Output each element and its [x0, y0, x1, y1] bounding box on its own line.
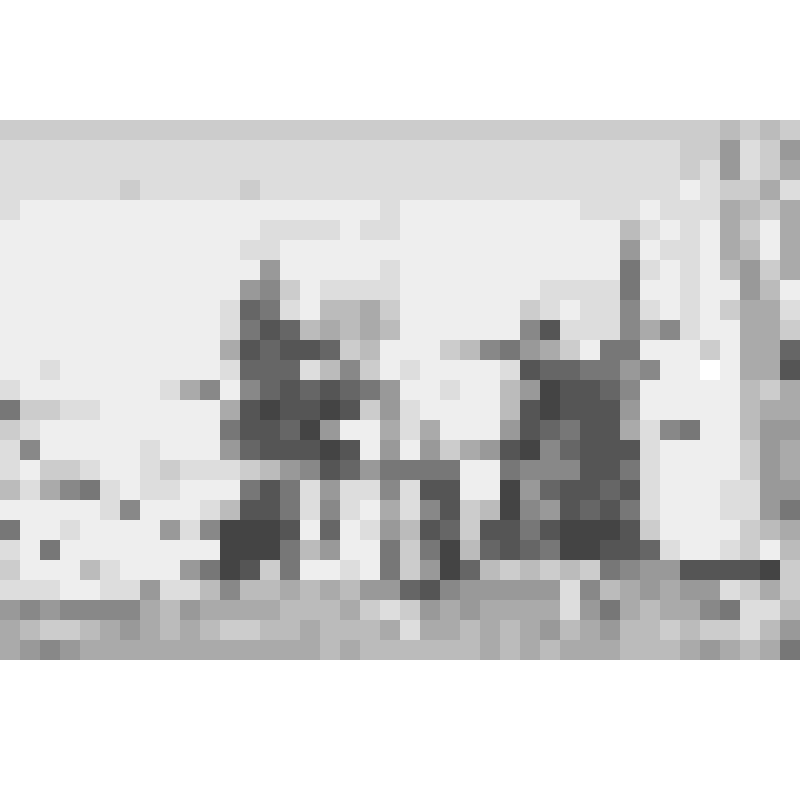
photo-pixel [540, 160, 560, 180]
photo-pixel [520, 480, 540, 500]
photo-pixel [420, 160, 440, 180]
photo-pixel [400, 440, 420, 460]
photo-pixel [700, 620, 720, 640]
photo-pixel [620, 520, 640, 540]
photo-pixel [500, 600, 520, 620]
photo-pixel [660, 420, 680, 440]
photo-pixel [420, 580, 440, 600]
photo-pixel [340, 540, 360, 560]
photo-pixel [20, 620, 40, 640]
photo-pixel [620, 320, 640, 340]
photo-pixel [580, 540, 600, 560]
photo-pixel [720, 300, 740, 320]
photo-pixel [780, 420, 800, 440]
photo-pixel [500, 500, 520, 520]
photo-pixel [500, 160, 520, 180]
photo-pixel [680, 380, 700, 400]
photo-pixel [80, 280, 100, 300]
photo-pixel [400, 380, 420, 400]
photo-pixel [300, 600, 320, 620]
photo-pixel [240, 400, 260, 420]
photo-pixel [340, 560, 360, 580]
photo-pixel [380, 340, 400, 360]
photo-pixel [400, 540, 420, 560]
photo-pixel [100, 320, 120, 340]
photo-pixel [340, 160, 360, 180]
photo-pixel [780, 560, 800, 580]
photo-pixel [60, 480, 80, 500]
photo-pixel [200, 460, 220, 480]
photo-pixel [460, 440, 480, 460]
photo-pixel [100, 200, 120, 220]
photo-pixel [160, 300, 180, 320]
photo-pixel [280, 580, 300, 600]
photo-pixel [680, 140, 700, 160]
photo-pixel [220, 560, 240, 580]
photo-pixel [200, 400, 220, 420]
photo-pixel [460, 520, 480, 540]
photo-pixel [340, 320, 360, 340]
photo-pixel [140, 560, 160, 580]
photo-pixel [220, 240, 240, 260]
photo-pixel [420, 420, 440, 440]
photo-pixel [760, 560, 780, 580]
photo-pixel [580, 480, 600, 500]
photo-pixel [20, 120, 40, 140]
photo-pixel [460, 120, 480, 140]
photo-pixel [540, 380, 560, 400]
photo-pixel [300, 380, 320, 400]
photo-pixel [20, 200, 40, 220]
photo-pixel [520, 540, 540, 560]
photo-pixel [180, 420, 200, 440]
photo-pixel [640, 140, 660, 160]
photo-pixel [120, 460, 140, 480]
photo-pixel [620, 140, 640, 160]
photo-pixel [460, 140, 480, 160]
photo-pixel [320, 200, 340, 220]
photo-pixel [220, 120, 240, 140]
photo-pixel [240, 180, 260, 200]
photo-pixel [300, 620, 320, 640]
photo-pixel [660, 200, 680, 220]
photo-pixel [520, 260, 540, 280]
photo-pixel [620, 540, 640, 560]
photo-pixel [200, 380, 220, 400]
photo-pixel [620, 200, 640, 220]
photo-pixel [180, 220, 200, 240]
photo-pixel [720, 620, 740, 640]
photo-pixel [360, 440, 380, 460]
photo-pixel [300, 160, 320, 180]
photo-pixel [660, 440, 680, 460]
photo-pixel [660, 220, 680, 240]
photo-pixel [500, 340, 520, 360]
photo-pixel [180, 500, 200, 520]
photo-pixel [300, 180, 320, 200]
photo-pixel [300, 500, 320, 520]
photo-pixel [300, 540, 320, 560]
photo-pixel [580, 360, 600, 380]
photo-pixel [680, 540, 700, 560]
photo-pixel [280, 240, 300, 260]
photo-pixel [100, 180, 120, 200]
photo-pixel [600, 500, 620, 520]
photo-pixel [460, 400, 480, 420]
photo-pixel [80, 480, 100, 500]
photo-pixel [200, 560, 220, 580]
photo-pixel [620, 440, 640, 460]
photo-pixel [580, 420, 600, 440]
photo-pixel [300, 240, 320, 260]
photo-pixel [760, 460, 780, 480]
photo-pixel [700, 360, 720, 380]
photo-pixel [140, 640, 160, 660]
photo-pixel [240, 280, 260, 300]
photo-pixel [520, 120, 540, 140]
photo-pixel [740, 220, 760, 240]
photo-pixel [440, 180, 460, 200]
photo-pixel [520, 420, 540, 440]
photo-pixel [80, 180, 100, 200]
photo-pixel [320, 500, 340, 520]
photo-pixel [320, 480, 340, 500]
photo-pixel [780, 360, 800, 380]
photo-pixel [200, 540, 220, 560]
photo-pixel [680, 260, 700, 280]
photo-pixel [180, 240, 200, 260]
photo-pixel [780, 220, 800, 240]
photo-pixel [500, 240, 520, 260]
photo-pixel [300, 400, 320, 420]
photo-pixel [560, 520, 580, 540]
photo-pixel [400, 600, 420, 620]
photo-pixel [700, 480, 720, 500]
photo-pixel [40, 460, 60, 480]
photo-pixel [560, 620, 580, 640]
photo-pixel [160, 480, 180, 500]
photo-pixel [380, 540, 400, 560]
photo-pixel [160, 140, 180, 160]
photo-pixel [460, 500, 480, 520]
photo-pixel [20, 340, 40, 360]
photo-pixel [540, 640, 560, 660]
photo-pixel [340, 580, 360, 600]
photo-pixel [160, 360, 180, 380]
photo-pixel [360, 540, 380, 560]
photo-pixel [220, 400, 240, 420]
photo-pixel [340, 200, 360, 220]
photo-pixel [760, 600, 780, 620]
photo-pixel [200, 240, 220, 260]
photo-pixel [660, 260, 680, 280]
photo-pixel [600, 440, 620, 460]
photo-pixel [120, 160, 140, 180]
photo-pixel [440, 240, 460, 260]
photo-pixel [140, 420, 160, 440]
photo-pixel [420, 540, 440, 560]
photo-pixel [60, 260, 80, 280]
photo-pixel [680, 640, 700, 660]
photo-pixel [760, 440, 780, 460]
photo-pixel [200, 600, 220, 620]
photo-pixel [700, 340, 720, 360]
photo-pixel [660, 540, 680, 560]
photo-pixel [560, 560, 580, 580]
photo-pixel [320, 280, 340, 300]
photo-pixel [420, 260, 440, 280]
photo-pixel [60, 600, 80, 620]
photo-pixel [600, 460, 620, 480]
photo-pixel [280, 620, 300, 640]
photo-pixel [240, 600, 260, 620]
photo-pixel [600, 120, 620, 140]
photo-pixel [660, 380, 680, 400]
photo-pixel [400, 200, 420, 220]
photo-pixel [560, 460, 580, 480]
photo-pixel [660, 500, 680, 520]
photo-pixel [360, 160, 380, 180]
photo-pixel [440, 640, 460, 660]
photo-pixel [740, 140, 760, 160]
photo-pixel [600, 200, 620, 220]
photo-pixel [60, 140, 80, 160]
photo-pixel [560, 200, 580, 220]
photo-pixel [220, 260, 240, 280]
photo-pixel [520, 580, 540, 600]
photo-pixel [120, 380, 140, 400]
photo-pixel [780, 140, 800, 160]
photo-pixel [700, 440, 720, 460]
photo-pixel [220, 620, 240, 640]
photo-pixel [340, 400, 360, 420]
photo-pixel [740, 560, 760, 580]
photo-pixel [380, 280, 400, 300]
photo-pixel [280, 120, 300, 140]
photo-pixel [280, 180, 300, 200]
photo-pixel [460, 160, 480, 180]
photo-pixel [380, 260, 400, 280]
photo-pixel [140, 620, 160, 640]
photo-pixel [760, 200, 780, 220]
photo-pixel [560, 400, 580, 420]
photo-pixel [440, 220, 460, 240]
photo-pixel [600, 280, 620, 300]
photo-pixel [580, 640, 600, 660]
photo-pixel [300, 440, 320, 460]
photo-pixel [200, 120, 220, 140]
photo-pixel [200, 620, 220, 640]
photo-pixel [500, 440, 520, 460]
photo-pixel [780, 280, 800, 300]
photo-pixel [20, 180, 40, 200]
photo-pixel [60, 500, 80, 520]
photo-pixel [140, 140, 160, 160]
photo-pixel [220, 360, 240, 380]
photo-pixel [20, 500, 40, 520]
photo-pixel [140, 480, 160, 500]
photo-pixel [40, 600, 60, 620]
photo-pixel [500, 140, 520, 160]
photo-pixel [680, 420, 700, 440]
photo-pixel [680, 400, 700, 420]
photo-pixel [740, 300, 760, 320]
photo-pixel [460, 180, 480, 200]
photo-pixel [440, 540, 460, 560]
photo-pixel [580, 200, 600, 220]
photo-pixel [400, 360, 420, 380]
photo-pixel [360, 220, 380, 240]
photo-pixel [40, 440, 60, 460]
photo-pixel [80, 140, 100, 160]
photo-pixel [300, 580, 320, 600]
photo-pixel [20, 240, 40, 260]
photo-pixel [260, 320, 280, 340]
photo-pixel [740, 620, 760, 640]
photo-pixel [700, 500, 720, 520]
photo-pixel [780, 300, 800, 320]
photo-pixel [460, 320, 480, 340]
photo-pixel [560, 340, 580, 360]
photo-pixel [420, 320, 440, 340]
photo-pixel [0, 580, 20, 600]
photo-pixel [640, 180, 660, 200]
photo-pixel [100, 480, 120, 500]
photo-pixel [340, 260, 360, 280]
photo-pixel [440, 120, 460, 140]
photo-pixel [700, 280, 720, 300]
photo-pixel [240, 260, 260, 280]
photo-pixel [580, 300, 600, 320]
photo-pixel [160, 200, 180, 220]
photo-pixel [300, 120, 320, 140]
photo-pixel [720, 420, 740, 440]
photo-pixel [760, 320, 780, 340]
photo-pixel [620, 360, 640, 380]
photo-pixel [440, 160, 460, 180]
photo-pixel [220, 160, 240, 180]
photo-pixel [420, 200, 440, 220]
photo-pixel [540, 280, 560, 300]
photo-pixel [40, 400, 60, 420]
photo-pixel [560, 280, 580, 300]
photo-pixel [220, 380, 240, 400]
photo-pixel [540, 480, 560, 500]
photo-pixel [660, 400, 680, 420]
photo-pixel [260, 640, 280, 660]
photo-pixel [260, 140, 280, 160]
photo-pixel [660, 600, 680, 620]
photo-pixel [160, 460, 180, 480]
photo-pixel [40, 380, 60, 400]
photo-pixel [560, 540, 580, 560]
photo-pixel [380, 500, 400, 520]
photo-pixel [60, 540, 80, 560]
photo-pixel [220, 320, 240, 340]
photo-pixel [780, 540, 800, 560]
photo-pixel [460, 360, 480, 380]
photo-pixel [0, 160, 20, 180]
photo-pixel [60, 360, 80, 380]
photo-pixel [520, 240, 540, 260]
photo-pixel [400, 140, 420, 160]
photo-pixel [200, 500, 220, 520]
photo-pixel [40, 540, 60, 560]
photo-pixel [720, 460, 740, 480]
photo-pixel [660, 620, 680, 640]
photo-pixel [480, 380, 500, 400]
photo-pixel [640, 460, 660, 480]
photo-pixel [440, 300, 460, 320]
photo-pixel [720, 480, 740, 500]
photo-pixel [640, 440, 660, 460]
photo-pixel [520, 500, 540, 520]
photo-pixel [660, 640, 680, 660]
photo-pixel [320, 320, 340, 340]
photo-pixel [60, 440, 80, 460]
photo-pixel [680, 620, 700, 640]
photo-pixel [640, 400, 660, 420]
photo-pixel [320, 460, 340, 480]
photo-pixel [480, 420, 500, 440]
photo-pixel [40, 200, 60, 220]
photo-pixel [140, 340, 160, 360]
photo-pixel [80, 160, 100, 180]
photo-pixel [20, 420, 40, 440]
photo-pixel [500, 180, 520, 200]
photo-pixel [100, 340, 120, 360]
photo-pixel [660, 320, 680, 340]
photo-pixel [360, 580, 380, 600]
photo-pixel [160, 620, 180, 640]
photo-pixel [40, 480, 60, 500]
photo-pixel [460, 300, 480, 320]
photo-pixel [100, 460, 120, 480]
photo-pixel [140, 540, 160, 560]
photo-pixel [180, 300, 200, 320]
photo-pixel [700, 320, 720, 340]
photo-pixel [300, 480, 320, 500]
photo-pixel [300, 280, 320, 300]
photo-pixel [740, 540, 760, 560]
photo-pixel [600, 360, 620, 380]
photo-pixel [780, 200, 800, 220]
photo-pixel [300, 260, 320, 280]
photo-pixel [300, 560, 320, 580]
photo-pixel [620, 120, 640, 140]
photo-pixel [640, 540, 660, 560]
photo-pixel [100, 640, 120, 660]
photo-pixel [320, 240, 340, 260]
photo-pixel [660, 580, 680, 600]
photo-pixel [700, 220, 720, 240]
photo-pixel [340, 300, 360, 320]
photo-pixel [20, 360, 40, 380]
photo-pixel [540, 520, 560, 540]
photo-pixel [780, 380, 800, 400]
photo-pixel [40, 520, 60, 540]
photo-pixel [580, 120, 600, 140]
photo-pixel [160, 160, 180, 180]
photo-pixel [620, 160, 640, 180]
photo-pixel [40, 560, 60, 580]
photo-pixel [700, 520, 720, 540]
photo-pixel [620, 640, 640, 660]
photo-pixel [600, 520, 620, 540]
photo-pixel [160, 380, 180, 400]
photo-pixel [600, 300, 620, 320]
photo-pixel [120, 520, 140, 540]
